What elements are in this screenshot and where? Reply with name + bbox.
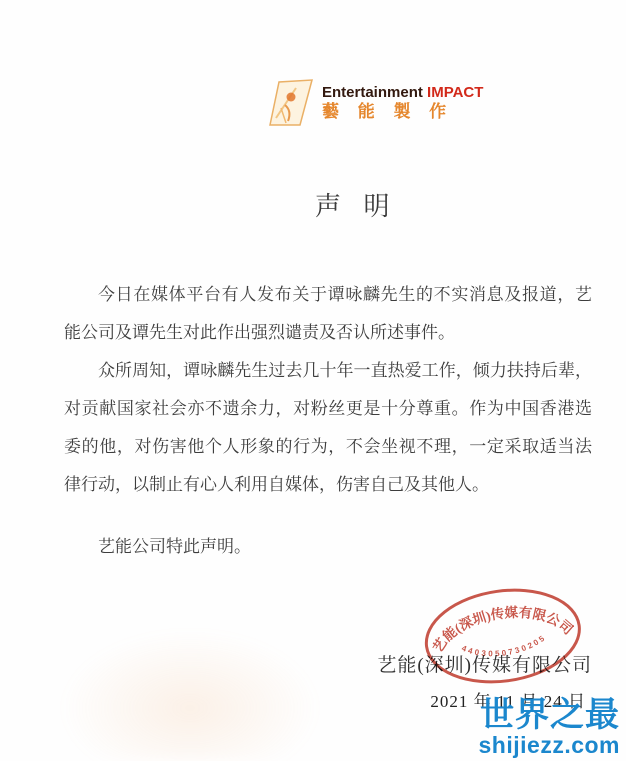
body-line: 委的他，对伤害他个人形象的行为，不会坐视不理，一定采取适当法 <box>64 428 592 466</box>
company-logo: Entertainment IMPACT 藝 能 製 作 <box>264 78 483 133</box>
signature-company-name: 艺能(深圳)传媒有限公司 <box>377 650 592 677</box>
statement-document-page: Entertainment IMPACT 藝 能 製 作 声 明 今日在媒体平台… <box>0 0 626 761</box>
body-line: 众所周知，谭咏麟先生过去几十年一直热爱工作，倾力扶持后辈， <box>64 352 592 390</box>
svg-text:艺能(深圳)传媒有限公司: 艺能(深圳)传媒有限公司 <box>426 595 578 657</box>
watermark-domain: shijiezz.com <box>479 734 620 757</box>
scan-smudge <box>60 630 320 760</box>
body-line: 对贡献国家社会亦不遗余力，对粉丝更是十分尊重。作为中国香港选 <box>64 390 592 428</box>
body-line: 能公司及谭先生对此作出强烈谴责及否认所述事件。 <box>64 314 592 352</box>
logo-brand-chinese: 藝 能 製 作 <box>322 103 483 120</box>
closing-line: 艺能公司特此声明。 <box>64 528 592 566</box>
logo-brand-entertainment: Entertainment <box>322 84 423 101</box>
body-line: 今日在媒体平台有人发布关于谭咏麟先生的不实消息及报道，艺 <box>64 276 592 314</box>
company-seal-stamp: 艺能(深圳)传媒有限公司 4403050730205 <box>406 572 599 702</box>
logo-brand-impact: IMPACT <box>427 84 483 101</box>
entertainment-impact-logo-icon <box>264 78 316 133</box>
logo-brand-english: Entertainment IMPACT <box>322 85 483 100</box>
statement-body: 今日在媒体平台有人发布关于谭咏麟先生的不实消息及报道，艺 能公司及谭先生对此作出… <box>64 276 592 566</box>
watermark-title: 世界之最 <box>479 698 620 732</box>
site-watermark: 世界之最 shijiezz.com <box>479 698 620 757</box>
statement-title: 声 明 <box>315 186 398 223</box>
body-line: 律行动，以制止有心人利用自媒体，伤害自己及其他人。 <box>64 466 592 504</box>
seal-company-name: 艺能(深圳)传媒有限公司 <box>426 595 578 657</box>
logo-text: Entertainment IMPACT 藝 能 製 作 <box>322 78 483 120</box>
